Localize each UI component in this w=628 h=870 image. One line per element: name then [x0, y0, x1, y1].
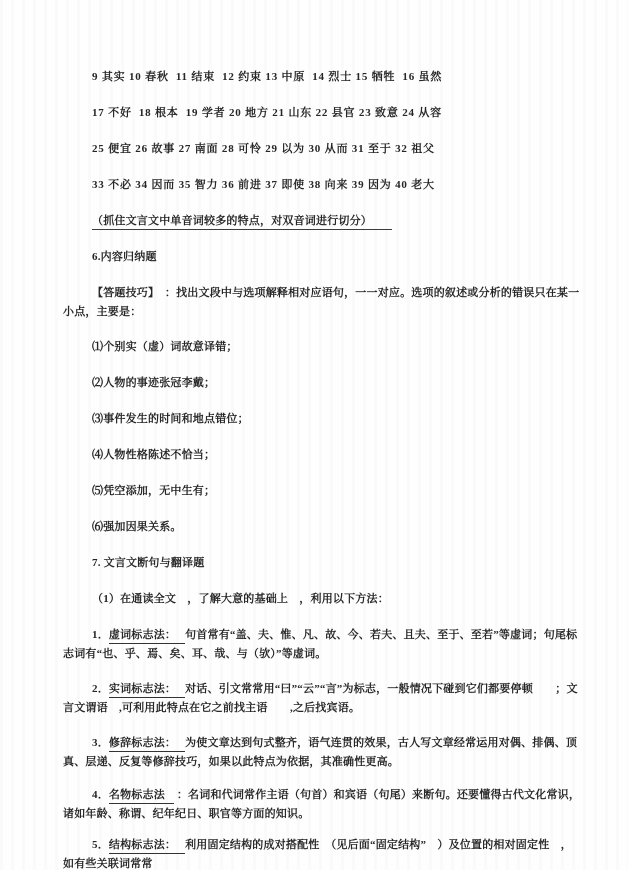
word-list-row-3: 25 便宜 26 故事 27 南面 28 可怜 29 以为 30 从而 31 至…: [63, 140, 580, 159]
method-label: 名物标志法: [109, 789, 174, 804]
error-type-item-1: ⑴个别实（虚）词故意译错；: [63, 338, 580, 357]
section6-title: 6.内容归纳题: [63, 248, 580, 267]
method-paragraph-2: 2．实词标志法：对话、引文常常用“曰”“云”“言”为标志，一般情况下碰到它们都要…: [63, 680, 580, 718]
word-list-row-1: 9 其实 10 春秋 11 结束 12 约束 13 中原 14 烈士 15 牺牲…: [63, 68, 580, 87]
answer-tips-label: 【答题技巧】: [92, 287, 154, 299]
error-type-item-2: ⑵人物的事迹张冠李戴；: [63, 374, 580, 393]
method-number: 1．: [92, 629, 109, 641]
method-label: 虚词标志法：: [109, 629, 185, 644]
method-label: 结构标志法：: [109, 839, 185, 854]
answer-tips-paragraph: 【答题技巧】 ：找出文段中与选项解释相对应语句，一一对应。选项的叙述或分析的错误…: [63, 284, 580, 322]
method-number: 2．: [92, 683, 109, 695]
section7-title: 7. 文言文断句与翻译题: [63, 554, 580, 573]
segmentation-note-text: （抓住文言文中单音词较多的特点，对双音词进行切分）: [92, 215, 392, 230]
segmentation-note: （抓住文言文中单音词较多的特点，对双音词进行切分）: [63, 212, 580, 231]
section7-intro: （1）在通读全文 ，了解大意的基础上 ，利用以下方法：: [63, 590, 580, 609]
error-type-item-6: ⑹强加因果关系。: [63, 518, 580, 537]
method-paragraph-3: 3．修辞标志法：为使文章达到句式整齐，语气连贯的效果，古人写文章经常运用对偶、排…: [63, 734, 580, 772]
document-page: 9 其实 10 春秋 11 结束 12 约束 13 中原 14 烈士 15 牺牲…: [0, 0, 628, 870]
error-type-item-3: ⑶事件发生的时间和地点错位；: [63, 410, 580, 429]
error-type-item-4: ⑷人物性格陈述不恰当；: [63, 446, 580, 465]
method-paragraph-4: 4．名物标志法 ：名词和代词常作主语（句首）和宾语（句尾）来断句。还要懂得古代文…: [63, 786, 580, 824]
error-type-item-5: ⑸凭空添加，无中生有；: [63, 482, 580, 501]
word-list-row-2: 17 不好 18 根本 19 学者 20 地方 21 山东 22 县官 23 致…: [63, 104, 580, 123]
method-number: 3．: [92, 737, 109, 749]
method-paragraph-5: 5．结构标志法：利用固定结构的成对搭配性 （见后面“固定结构” ）及位置的相对固…: [63, 836, 580, 870]
method-label: 实词标志法：: [109, 683, 185, 698]
method-number: 5．: [92, 839, 109, 851]
method-label: 修辞标志法：: [109, 737, 185, 752]
method-paragraph-1: 1．虚词标志法：句首常有“盖、夫、惟、凡、故、今、若夫、且夫、至于、至若”等虚词…: [63, 626, 580, 664]
method-number: 4．: [92, 789, 109, 801]
word-list-row-4: 33 不必 34 因而 35 智力 36 前进 37 即使 38 向来 39 因…: [63, 176, 580, 195]
